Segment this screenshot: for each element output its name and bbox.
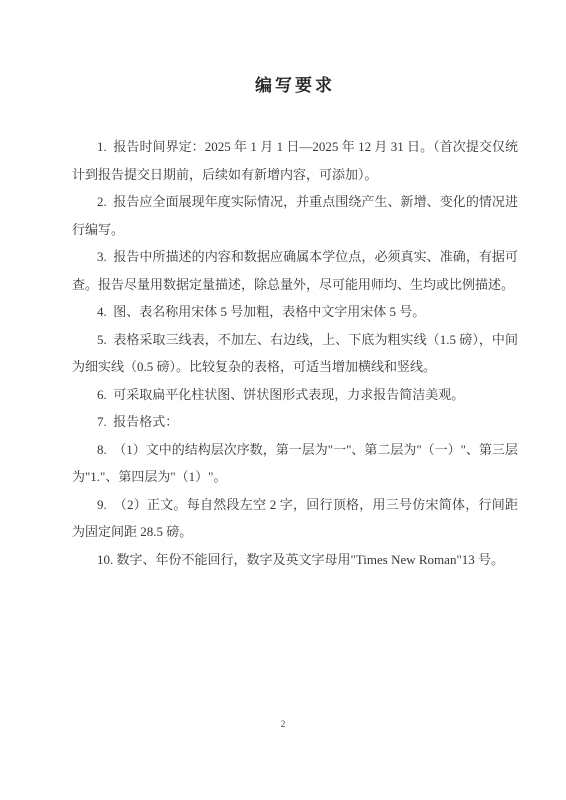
list-item-2: 2. 报告应全面展现年度实际情况，并重点围绕产生、新增、变化的情况进行编写。 [72, 188, 518, 243]
list-item-5: 5. 表格采取三线表，不加左、右边线，上、下底为粗实线（1.5 磅），中间为细实… [72, 326, 518, 381]
list-item-1: 1. 报告时间界定：2025 年 1 月 1 日—2025 年 12 月 31 … [72, 133, 518, 188]
page-number: 2 [0, 720, 566, 730]
page-title: 编写要求 [72, 71, 518, 96]
list-item-4: 4. 图、表名称用宋体 5 号加粗，表格中文字用宋体 5 号。 [72, 298, 518, 326]
list-item-9: 9. （2）正文。每自然段左空 2 字，回行顶格，用三号仿宋简体，行间距为固定间… [72, 491, 518, 546]
list-item-7: 7. 报告格式： [72, 408, 518, 436]
list-item-6: 6. 可采取扁平化柱状图、饼状图形式表现，力求报告简洁美观。 [72, 381, 518, 409]
requirements-list: 1. 报告时间界定：2025 年 1 月 1 日—2025 年 12 月 31 … [72, 133, 518, 573]
list-item-10: 10. 数字、年份不能回行，数字及英文字母用"Times New Roman"1… [72, 546, 518, 574]
list-item-3: 3. 报告中所描述的内容和数据应确属本学位点，必须真实、准确，有据可查。报告尽量… [72, 243, 518, 298]
list-item-8: 8. （1）文中的结构层次序数，第一层为"一"、第二层为"（一）"、第三层为"1… [72, 436, 518, 491]
document-page: 编写要求 1. 报告时间界定：2025 年 1 月 1 日—2025 年 12 … [0, 0, 566, 800]
